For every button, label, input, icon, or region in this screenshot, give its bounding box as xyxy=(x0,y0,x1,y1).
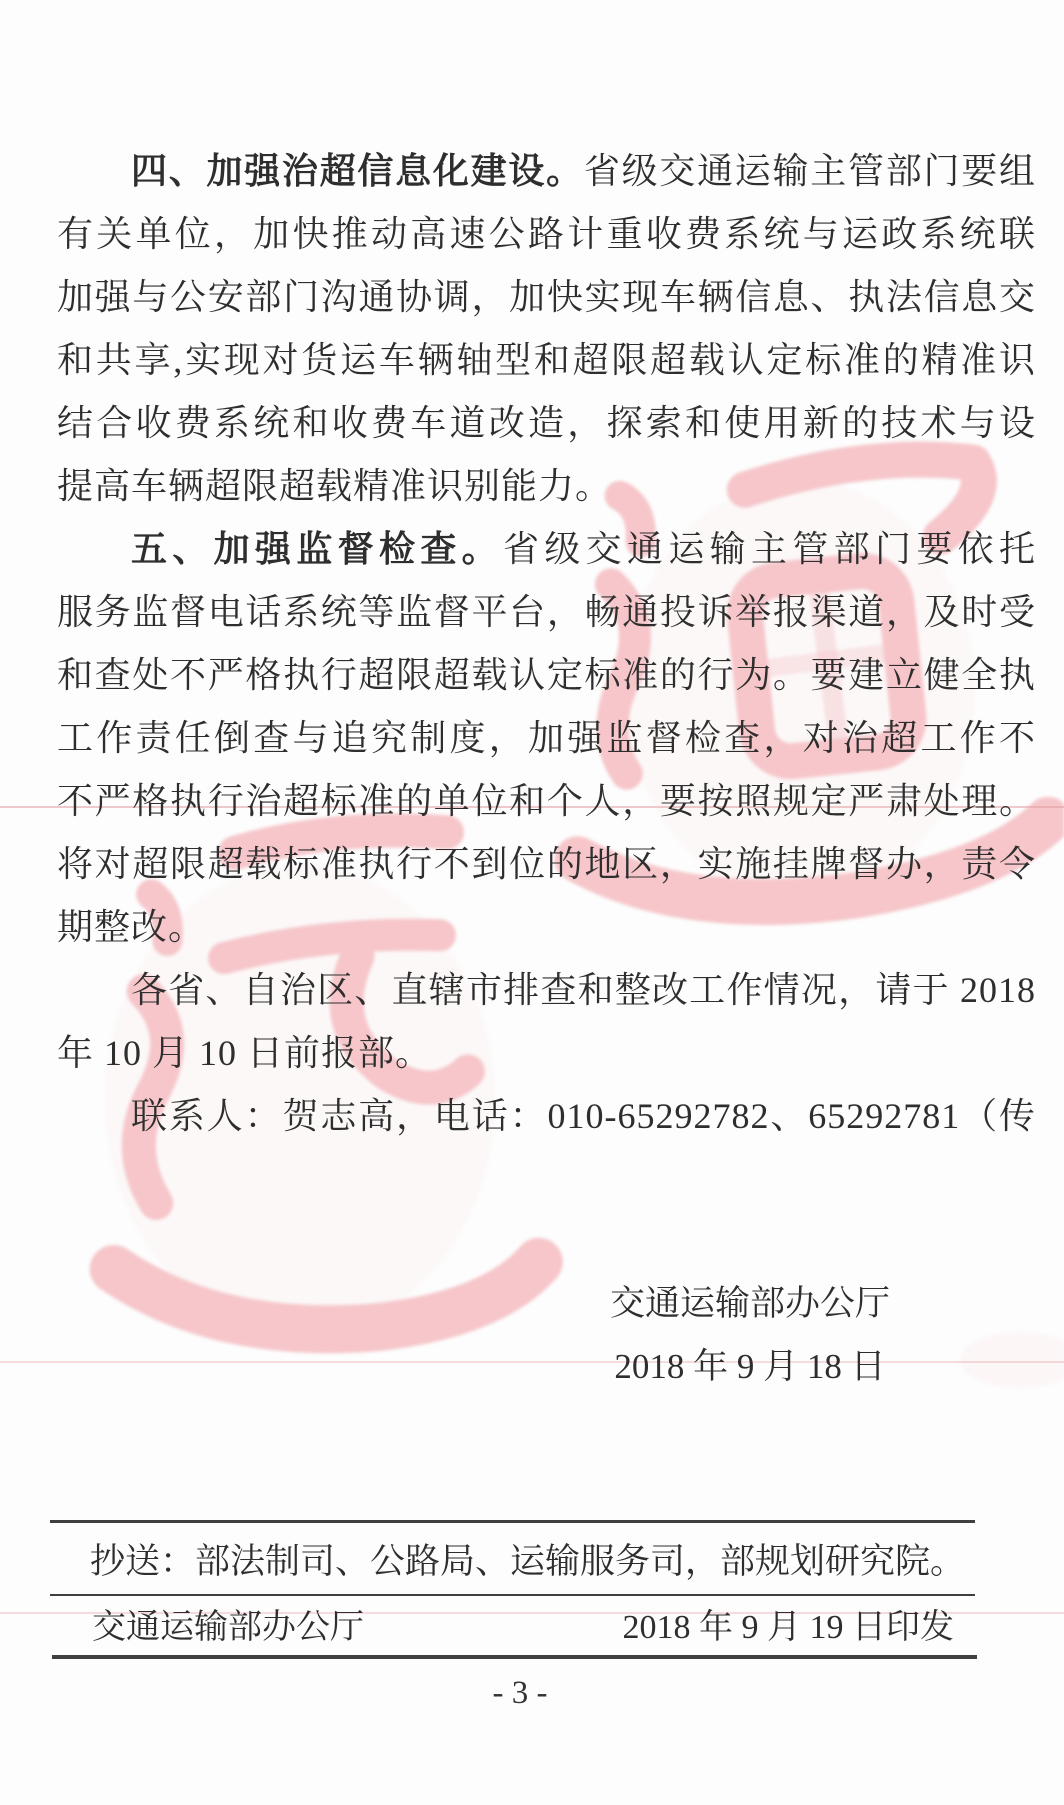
cc-line: 抄送：部法制司、公路局、运输服务司，部规划研究院。 xyxy=(90,1536,965,1588)
body-line: 和共享,实现对货运车辆轴型和超限超载认定标准的精准识别。 xyxy=(57,329,1036,392)
line-text: 联系人：贺志高，电话：010-65292782、65292781（传真）。 xyxy=(131,1096,1036,1148)
body-line: 提高车辆超限超载精准识别能力。 xyxy=(57,455,1036,518)
footer-rule-middle xyxy=(50,1594,975,1596)
signature-block: 交通运输部办公厅 2018 年 9 月 18 日 xyxy=(555,1272,945,1398)
line-text: 期整改。 xyxy=(57,907,205,947)
line-text: 加强与公安部门沟通协调，加快实现车辆信息、执法信息交换 xyxy=(57,277,1036,329)
line-text: 有关单位，加快推动高速公路计重收费系统与运政系统联网， xyxy=(57,214,1036,266)
line-text: 提高车辆超限超载精准识别能力。 xyxy=(57,466,612,506)
body-line: 期整改。 xyxy=(57,896,1036,959)
body-line: 服务监督电话系统等监督平台，畅通投诉举报渠道，及时受理 xyxy=(57,581,1036,644)
body-line: 各省、自治区、直辖市排查和整改工作情况，请于 2018 xyxy=(57,959,1036,1022)
footer-print-date: 2018 年 9 月 19 日印发 xyxy=(623,1604,955,1652)
body-line: 加强与公安部门沟通协调，加快实现车辆信息、执法信息交换 xyxy=(57,266,1036,329)
body-line: 年 10 月 10 日前报部。 xyxy=(57,1022,1036,1085)
line-text: 和查处不严格执行超限超载认定标准的行为。要建立健全执法 xyxy=(57,655,1036,707)
section-heading: 四、加强治超信息化建设。 xyxy=(131,151,584,192)
signature-office: 交通运输部办公厅 xyxy=(555,1272,945,1335)
body-line: 联系人：贺志高，电话：010-65292782、65292781（传真）。 xyxy=(57,1085,1036,1148)
body-line: 四、加强治超信息化建设。省级交通运输主管部门要组织 xyxy=(57,140,1036,203)
footer-rule-top xyxy=(50,1520,975,1523)
body-line: 和查处不严格执行超限超载认定标准的行为。要建立健全执法 xyxy=(57,644,1036,707)
signature-date: 2018 年 9 月 18 日 xyxy=(555,1335,945,1398)
body-line: 有关单位，加快推动高速公路计重收费系统与运政系统联网， xyxy=(57,203,1036,266)
line-text: 将对超限超载标准执行不到位的地区，实施挂牌督办，责令限 xyxy=(57,844,1036,896)
footer-rule-bottom xyxy=(52,1655,977,1659)
section-heading: 五、加强监督检查。 xyxy=(131,529,503,570)
line-text: 和共享,实现对货运车辆轴型和超限超载认定标准的精准识别。 xyxy=(57,340,1036,392)
line-text: 不严格执行治超标准的单位和个人，要按照规定严肃处理。部 xyxy=(57,781,1036,833)
body-line: 结合收费系统和收费车道改造，探索和使用新的技术与设备， xyxy=(57,392,1036,455)
line-text: 工作责任倒查与追究制度，加强监督检查，对治超工作不力、 xyxy=(57,718,1036,770)
page-number: - 3 - xyxy=(0,1672,1040,1714)
line-text: 年 10 月 10 日前报部。 xyxy=(57,1033,432,1073)
body-line: 工作责任倒查与追究制度，加强监督检查，对治超工作不力、 xyxy=(57,707,1036,770)
footer-issuer: 交通运输部办公厅 xyxy=(92,1604,364,1652)
body-line: 不严格执行治超标准的单位和个人，要按照规定严肃处理。部 xyxy=(57,770,1036,833)
body-line: 五、加强监督检查。省级交通运输主管部门要依托 12328 xyxy=(57,518,1036,581)
line-text: 各省、自治区、直辖市排查和整改工作情况，请于 2018 xyxy=(131,970,1036,1010)
line-text: 结合收费系统和收费车道改造，探索和使用新的技术与设备， xyxy=(57,403,1036,455)
body-line: 将对超限超载标准执行不到位的地区，实施挂牌督办，责令限 xyxy=(57,833,1036,896)
document-body: 四、加强治超信息化建设。省级交通运输主管部门要组织 有关单位，加快推动高速公路计… xyxy=(57,140,1036,1148)
scanned-document-page: 四、加强治超信息化建设。省级交通运输主管部门要组织 有关单位，加快推动高速公路计… xyxy=(0,0,1064,1805)
line-text: 服务监督电话系统等监督平台，畅通投诉举报渠道，及时受理 xyxy=(57,592,1036,644)
